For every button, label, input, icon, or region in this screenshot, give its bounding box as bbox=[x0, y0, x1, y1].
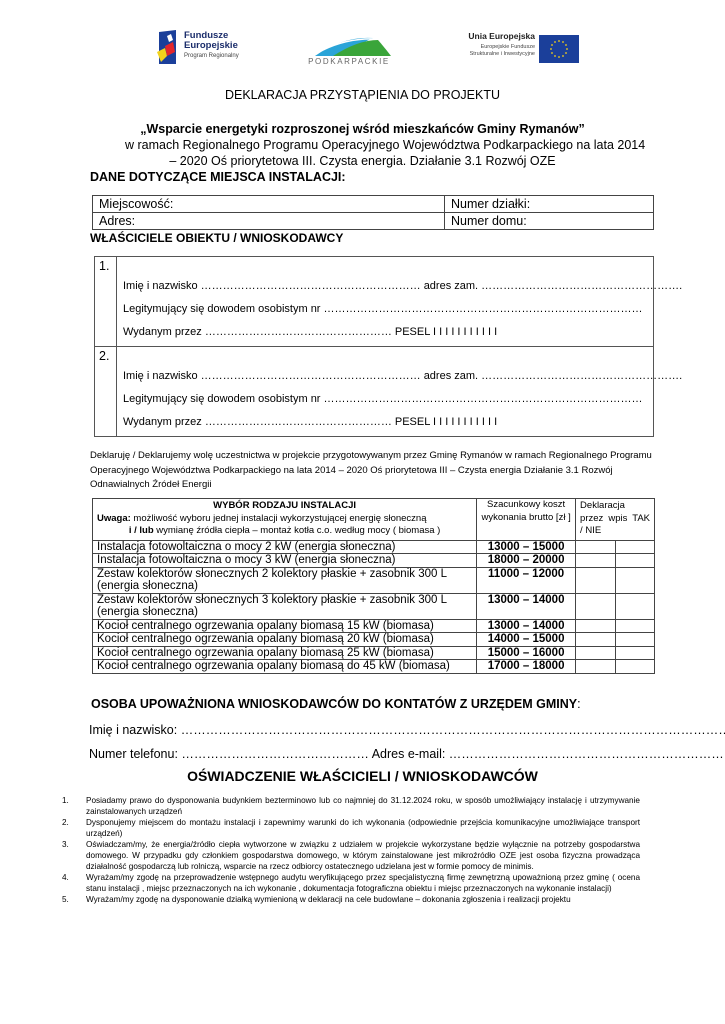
installation-row: Instalacja fotowoltaiczna o mocy 2 kW (e… bbox=[93, 540, 655, 554]
installations-table: WYBÓR RODZAJU INSTALACJI Uwaga: możliwoś… bbox=[92, 498, 655, 674]
ue-sub1: Europejskie Fundusze bbox=[470, 44, 535, 51]
project-axis-line: – 2020 Oś priorytetowa III. Czysta energ… bbox=[0, 154, 725, 168]
ue-sub2: Strukturalne i Inwestycyjne bbox=[470, 51, 535, 58]
owner-name-line[interactable]: Imię i nazwisko …………………………………………………… adr… bbox=[123, 280, 682, 292]
owner-row: 2. Imię i nazwisko …………………………………………………… … bbox=[95, 347, 654, 437]
owner-id-line[interactable]: Legitymujący się dowodem osobistym nr ……… bbox=[123, 393, 643, 405]
location-table: Miejscowość: Numer działki: Adres: Numer… bbox=[92, 195, 654, 230]
declaration-no-cell[interactable] bbox=[616, 619, 655, 633]
declaration-yes-cell[interactable] bbox=[576, 554, 616, 568]
installations-header-row: WYBÓR RODZAJU INSTALACJI Uwaga: możliwoś… bbox=[93, 499, 655, 541]
installations-header-title-cell: WYBÓR RODZAJU INSTALACJI Uwaga: możliwoś… bbox=[93, 499, 477, 541]
declaration-yes-cell[interactable] bbox=[576, 567, 616, 593]
declaration-no-cell[interactable] bbox=[616, 660, 655, 674]
installation-cost: 13000 – 15000 bbox=[477, 540, 576, 554]
podkarpackie-text: PODKARPACKIE bbox=[303, 57, 395, 66]
owner-id-line[interactable]: Legitymujący się dowodem osobistym nr ……… bbox=[123, 303, 643, 315]
installation-name: Instalacja fotowoltaiczna o mocy 3 kW (e… bbox=[93, 554, 477, 568]
owner-number: 1. bbox=[95, 257, 117, 347]
statement-item: 5.Wyrażam/my zgodę na dysponowanie dział… bbox=[62, 894, 640, 905]
installation-row: Instalacja fotowoltaiczna o mocy 3 kW (e… bbox=[93, 554, 655, 568]
statement-text: Posiadamy prawo do dysponowania budynkie… bbox=[86, 795, 640, 817]
eu-flag-icon bbox=[539, 35, 579, 63]
owner-issued-pesel-line[interactable]: Wydanym przez …………………………………………… PESEL I … bbox=[123, 416, 497, 428]
statement-number: 3. bbox=[62, 839, 86, 872]
contact-name-line[interactable]: Imię i nazwisko: ……………………………………………………………… bbox=[89, 723, 725, 737]
owner-fields: Imię i nazwisko …………………………………………………… adr… bbox=[117, 257, 654, 347]
owners-heading: WŁAŚCICIELE OBIEKTU / WNIOSKODAWCY bbox=[90, 231, 343, 245]
owner-issued-pesel-line[interactable]: Wydanym przez …………………………………………… PESEL I … bbox=[123, 326, 497, 338]
installation-row: Zestaw kolektorów słonecznych 3 kolektor… bbox=[93, 593, 655, 619]
ue-title: Unia Europejska bbox=[468, 31, 535, 41]
statement-text: Dysponujemy miejscem do montażu instalac… bbox=[86, 817, 640, 839]
owner-fields: Imię i nazwisko …………………………………………………… adr… bbox=[117, 347, 654, 437]
declaration-no-cell[interactable] bbox=[616, 567, 655, 593]
note2-text: wymianę źródła ciepła – montaż kotła c.o… bbox=[154, 525, 441, 536]
declaration-no-cell[interactable] bbox=[616, 554, 655, 568]
installation-row: Kocioł centralnego ogrzewania opalany bi… bbox=[93, 633, 655, 647]
statement-text: Oświadczam/my, że energia/źródło ciepła … bbox=[86, 839, 640, 872]
installation-name: Zestaw kolektorów słonecznych 2 kolektor… bbox=[93, 567, 477, 593]
installation-row: Zestaw kolektorów słonecznych 2 kolektor… bbox=[93, 567, 655, 593]
unia-europejska-logo: Unia Europejska Europejskie Fundusze Str… bbox=[455, 29, 585, 69]
installation-cost: 14000 – 15000 bbox=[477, 633, 576, 647]
declaration-yes-cell[interactable] bbox=[576, 660, 616, 674]
field-numer-dzialki[interactable]: Numer działki: bbox=[445, 196, 654, 213]
installation-name: Kocioł centralnego ogrzewania opalany bi… bbox=[93, 633, 477, 647]
statement-text: Wyrażam/my zgodę na dysponowanie działką… bbox=[86, 894, 640, 905]
statement-text: Wyrażam/my zgodę na przeprowadzenie wstę… bbox=[86, 872, 640, 894]
installation-name: Zestaw kolektorów słonecznych 3 kolektor… bbox=[93, 593, 477, 619]
owner-number: 2. bbox=[95, 347, 117, 437]
location-heading: DANE DOTYCZĄCE MIEJSCA INSTALACJI: bbox=[90, 170, 346, 184]
installation-cost: 18000 – 20000 bbox=[477, 554, 576, 568]
field-miejscowosc[interactable]: Miejscowość: bbox=[93, 196, 445, 213]
contact-phone-email-line[interactable]: Numer telefonu: ……………………………………… Adres e-… bbox=[89, 747, 725, 761]
declaration-paragraph: Deklaruję / Deklarujemy wolę uczestnictw… bbox=[90, 449, 655, 493]
declaration-no-cell[interactable] bbox=[616, 540, 655, 554]
statement-item: 4.Wyrażam/my zgodę na przeprowadzenie ws… bbox=[62, 872, 640, 894]
installation-cost: 13000 – 14000 bbox=[477, 593, 576, 619]
owner-row: 1. Imię i nazwisko …………………………………………………… … bbox=[95, 257, 654, 347]
statement-item: 3.Oświadczam/my, że energia/źródło ciepł… bbox=[62, 839, 640, 872]
installation-row: Kocioł centralnego ogrzewania opalany bi… bbox=[93, 646, 655, 660]
declaration-no-cell[interactable] bbox=[616, 593, 655, 619]
fundusze-sub: Program Regionalny bbox=[184, 53, 239, 59]
field-numer-domu[interactable]: Numer domu: bbox=[445, 213, 654, 230]
installation-name: Instalacja fotowoltaiczna o mocy 2 kW (e… bbox=[93, 540, 477, 554]
fundusze-europejskie-logo: Fundusze Europejskie Program Regionalny bbox=[157, 30, 257, 66]
declaration-no-cell[interactable] bbox=[616, 633, 655, 647]
statement-number: 4. bbox=[62, 872, 86, 894]
installation-cost: 11000 – 12000 bbox=[477, 567, 576, 593]
statements-list: 1.Posiadamy prawo do dysponowania budynk… bbox=[62, 795, 640, 905]
installation-row: Kocioł centralnego ogrzewania opalany bi… bbox=[93, 619, 655, 633]
podkarpackie-hills-icon bbox=[303, 34, 395, 56]
statement-number: 2. bbox=[62, 817, 86, 839]
declaration-yes-cell[interactable] bbox=[576, 646, 616, 660]
installation-name: Kocioł centralnego ogrzewania opalany bi… bbox=[93, 660, 477, 674]
cost-header: Szacunkowy koszt wykonania brutto [zł ] bbox=[477, 499, 576, 541]
note-label: Uwaga: bbox=[97, 513, 131, 524]
declaration-yes-cell[interactable] bbox=[576, 619, 616, 633]
installation-cost: 15000 – 16000 bbox=[477, 646, 576, 660]
statement-item: 2.Dysponujemy miejscem do montażu instal… bbox=[62, 817, 640, 839]
declaration-yes-cell[interactable] bbox=[576, 540, 616, 554]
project-name: „Wsparcie energetyki rozproszonej wśród … bbox=[0, 122, 725, 136]
installations-header-title: WYBÓR RODZAJU INSTALACJI bbox=[97, 500, 472, 513]
note-text: możliwość wyboru jednej instalacji wykor… bbox=[131, 513, 427, 524]
note2-label: i / lub bbox=[129, 525, 154, 536]
statements-heading: OŚWIADCZENIE WŁAŚCICIELI / WNIOSKODAWCÓW bbox=[0, 768, 725, 784]
statement-number: 1. bbox=[62, 795, 86, 817]
document-title: DEKLARACJA PRZYSTĄPIENIA DO PROJEKTU bbox=[0, 88, 725, 102]
declaration-yes-cell[interactable] bbox=[576, 633, 616, 647]
fundusze-flag-icon bbox=[157, 30, 177, 64]
podkarpackie-logo: PODKARPACKIE bbox=[303, 34, 395, 68]
installation-name: Kocioł centralnego ogrzewania opalany bi… bbox=[93, 619, 477, 633]
field-adres[interactable]: Adres: bbox=[93, 213, 445, 230]
location-row: Miejscowość: Numer działki: bbox=[93, 196, 654, 213]
installation-cost: 13000 – 14000 bbox=[477, 619, 576, 633]
declaration-no-cell[interactable] bbox=[616, 646, 655, 660]
owners-table: 1. Imię i nazwisko …………………………………………………… … bbox=[94, 256, 654, 437]
declaration-yes-cell[interactable] bbox=[576, 593, 616, 619]
declaration-header: Deklaracja przez wpis TAK / NIE bbox=[576, 499, 655, 541]
project-program-line: w ramach Regionalnego Programu Operacyjn… bbox=[125, 138, 645, 152]
statement-number: 5. bbox=[62, 894, 86, 905]
installation-row: Kocioł centralnego ogrzewania opalany bi… bbox=[93, 660, 655, 674]
installation-name: Kocioł centralnego ogrzewania opalany bi… bbox=[93, 646, 477, 660]
location-row: Adres: Numer domu: bbox=[93, 213, 654, 230]
contact-heading: OSOBA UPOWAŻNIONA WNIOSKODAWCÓW DO KONTA… bbox=[91, 697, 581, 711]
owner-name-line[interactable]: Imię i nazwisko …………………………………………………… adr… bbox=[123, 370, 682, 382]
statement-item: 1.Posiadamy prawo do dysponowania budynk… bbox=[62, 795, 640, 817]
installation-cost: 17000 – 18000 bbox=[477, 660, 576, 674]
fundusze-line2: Europejskie bbox=[184, 41, 238, 51]
